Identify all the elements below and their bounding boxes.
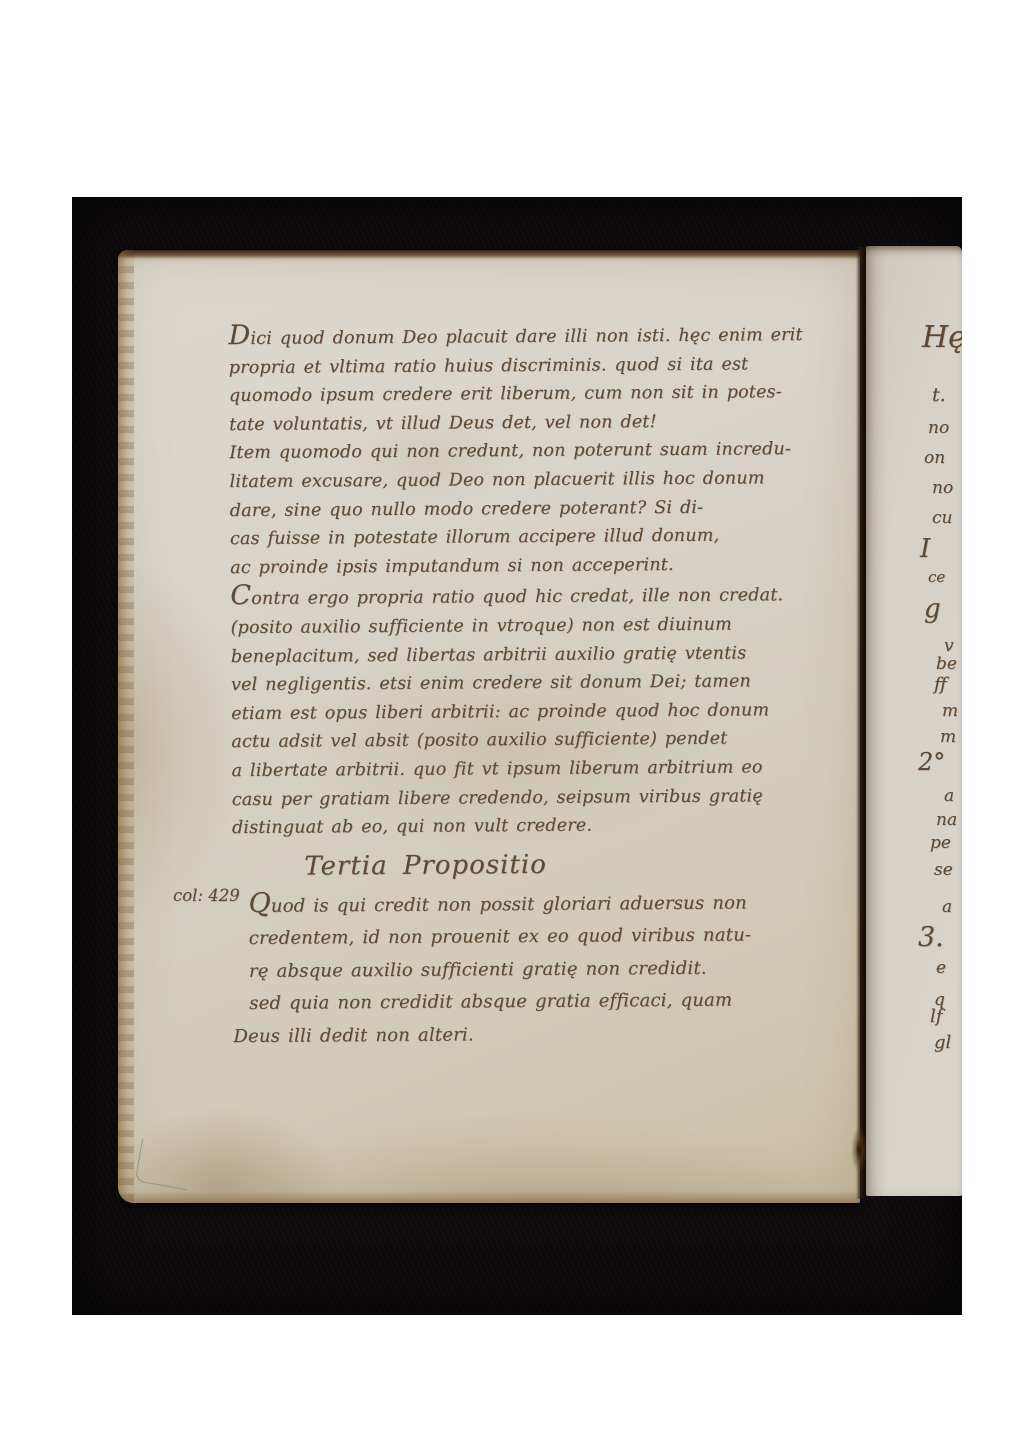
facing-page-text-fragment: m [942, 701, 958, 721]
facing-page-text-fragment: no [932, 478, 953, 498]
manuscript-line: vel negligentis. etsi enim credere sit d… [231, 667, 827, 700]
facing-page-text-fragment: no [928, 418, 949, 438]
facing-page-text-fragment: on [924, 448, 945, 468]
manuscript-line: cas fuisse in potestate illorum accipere… [230, 521, 826, 554]
gutter-burn-spot [851, 1127, 867, 1173]
section-heading: Tertia Propositio [304, 844, 828, 886]
facing-page-text-fragment: a [944, 786, 954, 806]
facing-page-text-fragment: e [936, 958, 946, 978]
facing-page-text-fragment: Hę [922, 320, 962, 355]
handwritten-text-block: Dici quod donum Deo placuit dare illi no… [228, 318, 829, 1053]
facing-page-text-fragment: cu [932, 508, 952, 528]
manuscript-line: Contra ergo propria ratio quod hic creda… [230, 578, 826, 614]
facing-page-text-fragment: I [920, 534, 930, 564]
facing-page-text-fragment: m [940, 727, 956, 747]
page-top-edge [118, 250, 860, 259]
manuscript-line: propria et vltima ratio huius discrimini… [229, 350, 825, 383]
manuscript-line: etiam est opus liberi arbitrii: ac proin… [231, 696, 827, 729]
manuscript-line: sed quia non credidit absque gratia effi… [233, 984, 829, 1021]
manuscript-page: col: 429 Dici quod donum Deo placuit dar… [118, 250, 860, 1203]
page-left-deckle-edge [118, 250, 134, 1203]
facing-page-text-fragment: a [942, 897, 952, 917]
facing-page-text-fragment: gl [934, 1032, 951, 1053]
margin-note-col-429: col: 429 [173, 886, 240, 905]
facing-page-text-fragment: ff [934, 674, 947, 695]
manuscript-line: litatem excusare, quod Deo non placuerit… [229, 464, 825, 497]
manuscript-line: (posito auxilio sufficiente in vtroque) … [230, 610, 826, 643]
manuscript-line: a libertate arbitrii. quo fit vt ipsum l… [231, 753, 827, 786]
facing-page-text-fragment: na [936, 810, 957, 830]
manuscript-line: distinguat ab eo, qui non vult credere. [232, 810, 828, 843]
manuscript-line: tate voluntatis, vt illud Deus det, vel … [229, 407, 825, 440]
facing-page-text-fragment: t. [932, 384, 946, 406]
facing-page-text-fragment: lf [930, 1006, 942, 1027]
manuscript-line: Dici quod donum Deo placuit dare illi no… [228, 318, 824, 354]
manuscript-line: actu adsit vel absit (posito auxilio suf… [231, 724, 827, 757]
manuscript-line: credentem, id non prouenit ex eo quod vi… [233, 919, 829, 956]
black-cloth-backdrop: col: 429 Dici quod donum Deo placuit dar… [72, 197, 962, 1315]
manuscript-line: casu per gratiam libere credendo, seipsu… [232, 781, 828, 814]
facing-page-text-fragment: be [936, 654, 957, 674]
facing-page-text-fragment: pe [930, 833, 951, 853]
facing-page-text-fragment: ce [928, 568, 945, 586]
manuscript-line: Item quomodo qui non credunt, non poteru… [229, 435, 825, 468]
manuscript-line: beneplacitum, sed libertas arbitrii auxi… [231, 638, 827, 671]
facing-page-text-fragment: se [934, 860, 953, 880]
manuscript-line: Quod is qui credit non possit gloriari a… [232, 884, 828, 924]
page-bottom-edge [118, 1191, 860, 1203]
paper-tear-mark [135, 1139, 195, 1191]
facing-page-text-fragment: 3. [918, 922, 944, 953]
manuscript-line: rę absque auxilio sufficienti gratię non… [233, 952, 829, 989]
manuscript-line: dare, sine quo nullo modo credere potera… [230, 492, 826, 525]
manuscript-line: Deus illi dedit non alteri. [233, 1017, 829, 1054]
facing-page-text-fragment: 2° [918, 748, 945, 776]
manuscript-line: quomodo ipsum credere erit liberum, cum … [229, 378, 825, 411]
facing-page-text-fragment: g [924, 594, 941, 624]
facing-page-text-fragment: v [944, 636, 954, 656]
facing-page-sliver: Hę t. no on no cu I ce g v be ff m m 2° … [866, 246, 962, 1196]
manuscript-line: ac proinde ipsis imputandum si non accep… [230, 550, 826, 583]
manuscript-photograph: col: 429 Dici quod donum Deo placuit dar… [0, 0, 1024, 1448]
